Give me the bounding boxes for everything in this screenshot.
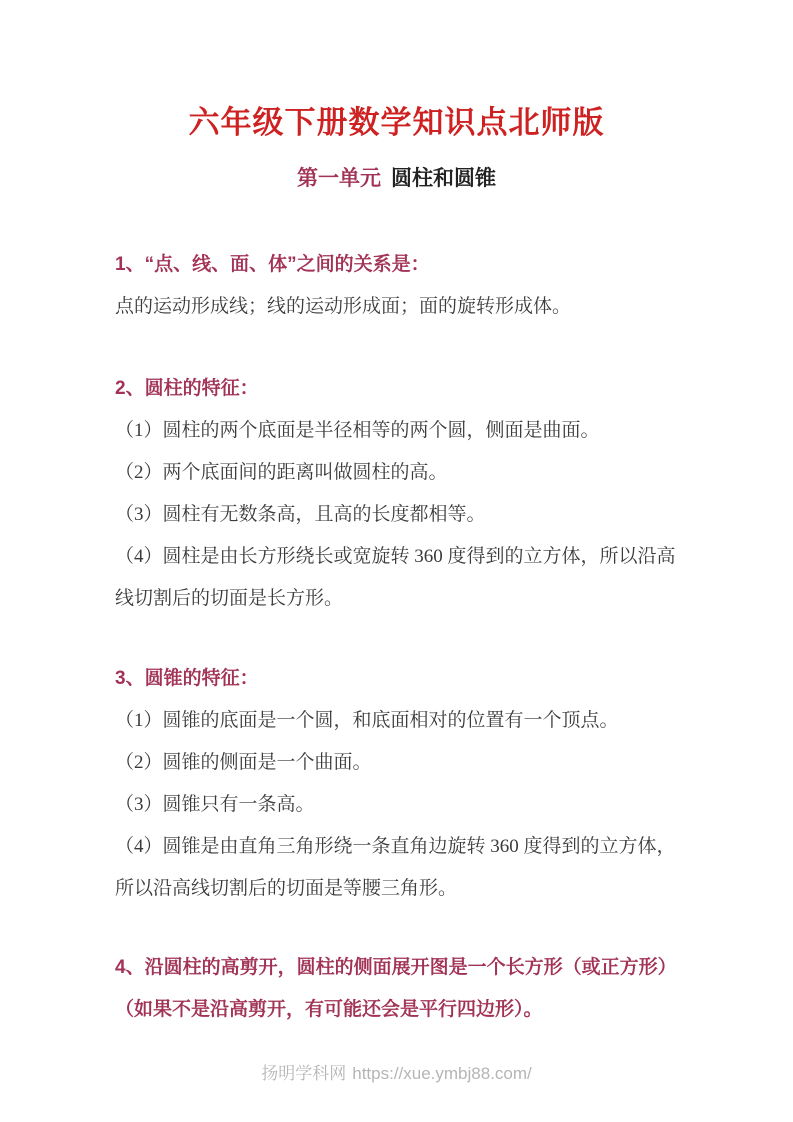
paragraph: （2）圆锥的侧面是一个曲面。: [115, 742, 678, 784]
unit-topic: 圆柱和圆锥: [391, 166, 496, 190]
paragraph: （4）圆锥是由直角三角形绕一条直角边旋转 360 度得到的立方体， 所以沿高线切…: [115, 826, 678, 910]
document-title: 六年级下册数学知识点北师版: [115, 100, 678, 146]
footer-url: https://xue.ymbj88.com/: [352, 1064, 532, 1083]
section-cylinder-unfold: 4、沿圆柱的高剪开，圆柱的侧面展开图是一个长方形（或正方形） （如果不是沿高剪开…: [115, 947, 678, 1031]
footer-watermark: 扬明学科网https://xue.ymbj88.com/: [115, 1060, 678, 1088]
paragraph: （4）圆柱是由长方形绕长或宽旋转 360 度得到的立方体，所以沿高 线切割后的切…: [115, 536, 678, 620]
section-heading: 2、圆柱的特征：: [115, 368, 678, 410]
section-points-lines-faces: 1、“点、线、面、体”之间的关系是： 点的运动形成线；线的运动形成面；面的旋转形…: [115, 244, 678, 328]
unit-label: 第一单元: [297, 166, 381, 190]
paragraph: （2）两个底面间的距离叫做圆柱的高。: [115, 452, 678, 494]
paragraph: （1）圆锥的底面是一个圆，和底面相对的位置有一个顶点。: [115, 700, 678, 742]
footer-site-name: 扬明学科网: [261, 1064, 346, 1083]
unit-subtitle: 第一单元圆柱和圆锥: [115, 162, 678, 194]
paragraph: （3）圆锥只有一条高。: [115, 784, 678, 826]
paragraph: （1）圆柱的两个底面是半径相等的两个圆，侧面是曲面。: [115, 410, 678, 452]
section-heading: 3、圆锥的特征：: [115, 658, 678, 700]
paragraph: （3）圆柱有无数条高，且高的长度都相等。: [115, 494, 678, 536]
section-heading: 1、“点、线、面、体”之间的关系是：: [115, 244, 678, 286]
paragraph: 点的运动形成线；线的运动形成面；面的旋转形成体。: [115, 286, 678, 328]
section-cone-features: 3、圆锥的特征： （1）圆锥的底面是一个圆，和底面相对的位置有一个顶点。 （2）…: [115, 658, 678, 910]
section-heading: 4、沿圆柱的高剪开，圆柱的侧面展开图是一个长方形（或正方形） （如果不是沿高剪开…: [115, 947, 678, 1031]
document-page: 六年级下册数学知识点北师版 第一单元圆柱和圆锥 1、“点、线、面、体”之间的关系…: [0, 0, 793, 1122]
section-cylinder-features: 2、圆柱的特征： （1）圆柱的两个底面是半径相等的两个圆，侧面是曲面。 （2）两…: [115, 368, 678, 620]
